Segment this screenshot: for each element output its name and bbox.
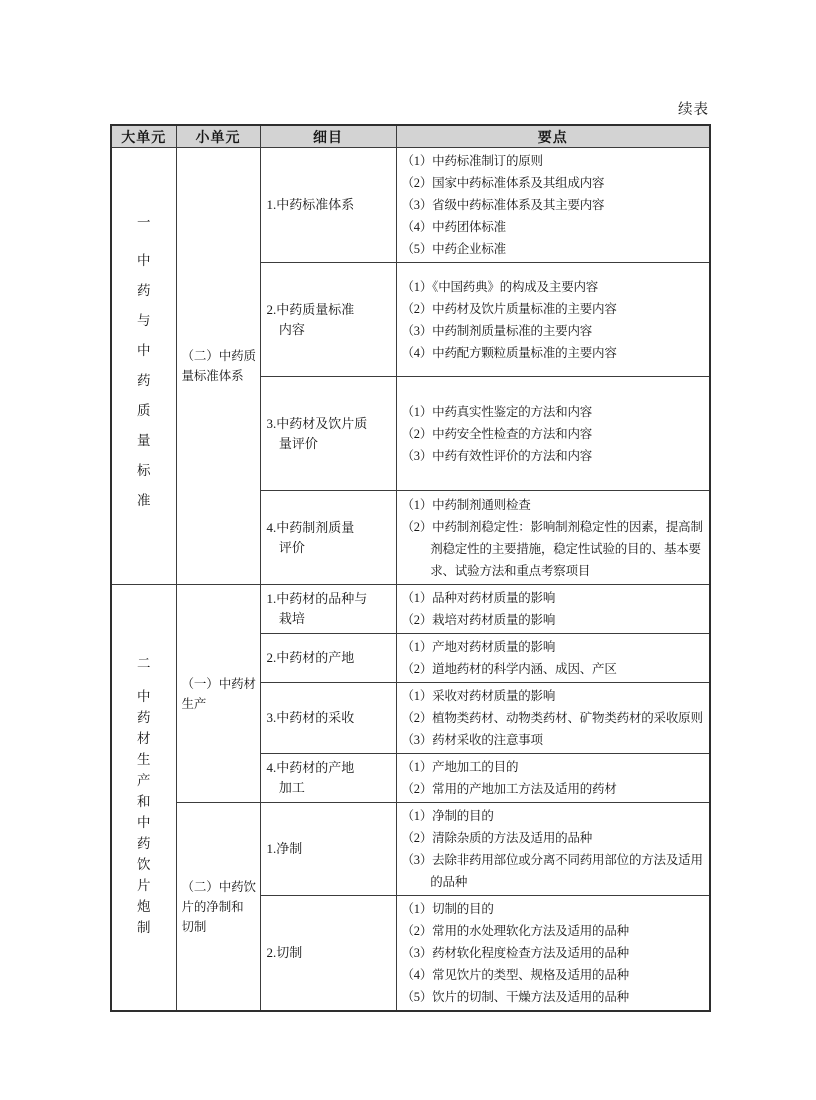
key-points-cell: （1）产地对药材质量的影响（2）道地药材的科学内涵、成因、产区 [396,634,710,683]
key-point-line: （1）中药标准制订的原则 [397,150,708,172]
unit-number: 二 [136,657,152,671]
key-point-line: （1）产地加工的目的 [397,756,708,778]
key-points-cell: （1）《中国药典》的构成及主要内容（2）中药材及饮片质量标准的主要内容（3）中药… [396,263,710,377]
detail-item-cell: 3.中药材及饮片质 量评价 [260,377,396,491]
key-points-cell: （1）切制的目的（2）常用的水处理软化方法及适用的品种（3）药材软化程度检查方法… [396,896,710,1012]
table-row: （二）中药饮 片的净制和 切制1.净制（1）净制的目的（2）清除杂质的方法及适用… [111,803,710,896]
key-point-line: （5）中药企业标准 [397,238,708,260]
key-point-line: （2）中药安全性检查的方法和内容 [397,423,708,445]
header-major-unit: 大单元 [111,125,176,148]
key-point-line: （2）中药制剂稳定性：影响制剂稳定性的因素，提高制剂稳定性的主要措施，稳定性试验… [397,516,708,582]
key-point-line: （2）道地药材的科学内涵、成因、产区 [397,658,708,680]
table-row: 一中药与中药质量标准（二）中药质 量标准体系1.中药标准体系（1）中药标准制订的… [111,148,710,263]
key-point-line: （1）净制的目的 [397,805,708,827]
header-minor-unit: 小单元 [176,125,260,148]
key-point-line: （2）国家中药标准体系及其组成内容 [397,172,708,194]
table-row: 二中药材生产和中药饮片炮制（一）中药材 生产1.中药材的品种与 栽培（1）品种对… [111,585,710,634]
key-point-line: （1）产地对药材质量的影响 [397,636,708,658]
unit-number: 一 [136,216,152,230]
key-point-line: （4）中药团体标准 [397,216,708,238]
header-row: 大单元 小单元 细目 要点 [111,125,710,148]
document-page: 续表 大单元 小单元 细目 要点 一中药与中药质量标准（二）中药质 量标准体系1… [0,0,816,1100]
key-points-cell: （1）采收对药材质量的影响（2）植物类药材、动物类药材、矿物类药材的采收原则（3… [396,683,710,754]
key-point-line: （5）饮片的切制、干燥方法及适用的品种 [397,986,708,1008]
detail-item-cell: 1.中药材的品种与 栽培 [260,585,396,634]
key-point-line: （2）清除杂质的方法及适用的品种 [397,827,708,849]
table-body: 一中药与中药质量标准（二）中药质 量标准体系1.中药标准体系（1）中药标准制订的… [111,148,710,1012]
detail-item-cell: 2.中药材的产地 [260,634,396,683]
detail-item-cell: 1.净制 [260,803,396,896]
minor-unit-cell: （一）中药材 生产 [176,585,260,803]
key-points-cell: （1）品种对药材质量的影响（2）栽培对药材质量的影响 [396,585,710,634]
detail-item-cell: 3.中药材的采收 [260,683,396,754]
key-point-line: （2）中药材及饮片质量标准的主要内容 [397,298,708,320]
key-point-line: （2）植物类药材、动物类药材、矿物类药材的采收原则 [397,707,708,729]
minor-unit-cell: （二）中药质 量标准体系 [176,148,260,585]
detail-item-cell: 2.中药质量标准 内容 [260,263,396,377]
detail-item-cell: 1.中药标准体系 [260,148,396,263]
key-point-line: （4）常见饮片的类型、规格及适用的品种 [397,964,708,986]
key-point-line: （2）常用的产地加工方法及适用的药材 [397,778,708,800]
key-point-line: （1）采收对药材质量的影响 [397,685,708,707]
key-point-line: （2）常用的水处理软化方法及适用的品种 [397,920,708,942]
detail-item-cell: 4.中药材的产地 加工 [260,754,396,803]
key-point-line: （1）《中国药典》的构成及主要内容 [397,276,708,298]
detail-item-cell: 4.中药制剂质量 评价 [260,491,396,585]
key-point-line: （1）品种对药材质量的影响 [397,587,708,609]
key-point-line: （2）栽培对药材质量的影响 [397,609,708,631]
key-points-cell: （1）中药真实性鉴定的方法和内容（2）中药安全性检查的方法和内容（3）中药有效性… [396,377,710,491]
unit-name: 中药与中药质量标准 [136,246,152,516]
key-point-line: （3）中药制剂质量标准的主要内容 [397,320,708,342]
key-point-line: （3）省级中药标准体系及其主要内容 [397,194,708,216]
header-detail: 细目 [260,125,396,148]
key-point-line: （1）切制的目的 [397,898,708,920]
key-point-line: （3）中药有效性评价的方法和内容 [397,445,708,467]
key-point-line: （3）去除非药用部位或分离不同药用部位的方法及适用的品种 [397,849,708,893]
unit-name: 中药材生产和中药饮片炮制 [136,686,152,938]
key-points-cell: （1）中药标准制订的原则（2）国家中药标准体系及其组成内容（3）省级中药标准体系… [396,148,710,263]
key-point-line: （3）药材软化程度检查方法及适用的品种 [397,942,708,964]
key-point-line: （4）中药配方颗粒质量标准的主要内容 [397,342,708,364]
header-key-points: 要点 [396,125,710,148]
syllabus-table: 大单元 小单元 细目 要点 一中药与中药质量标准（二）中药质 量标准体系1.中药… [110,124,711,1012]
key-points-cell: （1）产地加工的目的（2）常用的产地加工方法及适用的药材 [396,754,710,803]
major-unit-cell: 二中药材生产和中药饮片炮制 [111,585,176,1012]
continued-table-label: 续表 [678,98,709,119]
key-point-line: （3）药材采收的注意事项 [397,729,708,751]
key-points-cell: （1）净制的目的（2）清除杂质的方法及适用的品种（3）去除非药用部位或分离不同药… [396,803,710,896]
table-header: 大单元 小单元 细目 要点 [111,125,710,148]
key-points-cell: （1）中药制剂通则检查（2）中药制剂稳定性：影响制剂稳定性的因素，提高制剂稳定性… [396,491,710,585]
key-point-line: （1）中药制剂通则检查 [397,494,708,516]
key-point-line: （1）中药真实性鉴定的方法和内容 [397,401,708,423]
minor-unit-cell: （二）中药饮 片的净制和 切制 [176,803,260,1012]
detail-item-cell: 2.切制 [260,896,396,1012]
major-unit-cell: 一中药与中药质量标准 [111,148,176,585]
